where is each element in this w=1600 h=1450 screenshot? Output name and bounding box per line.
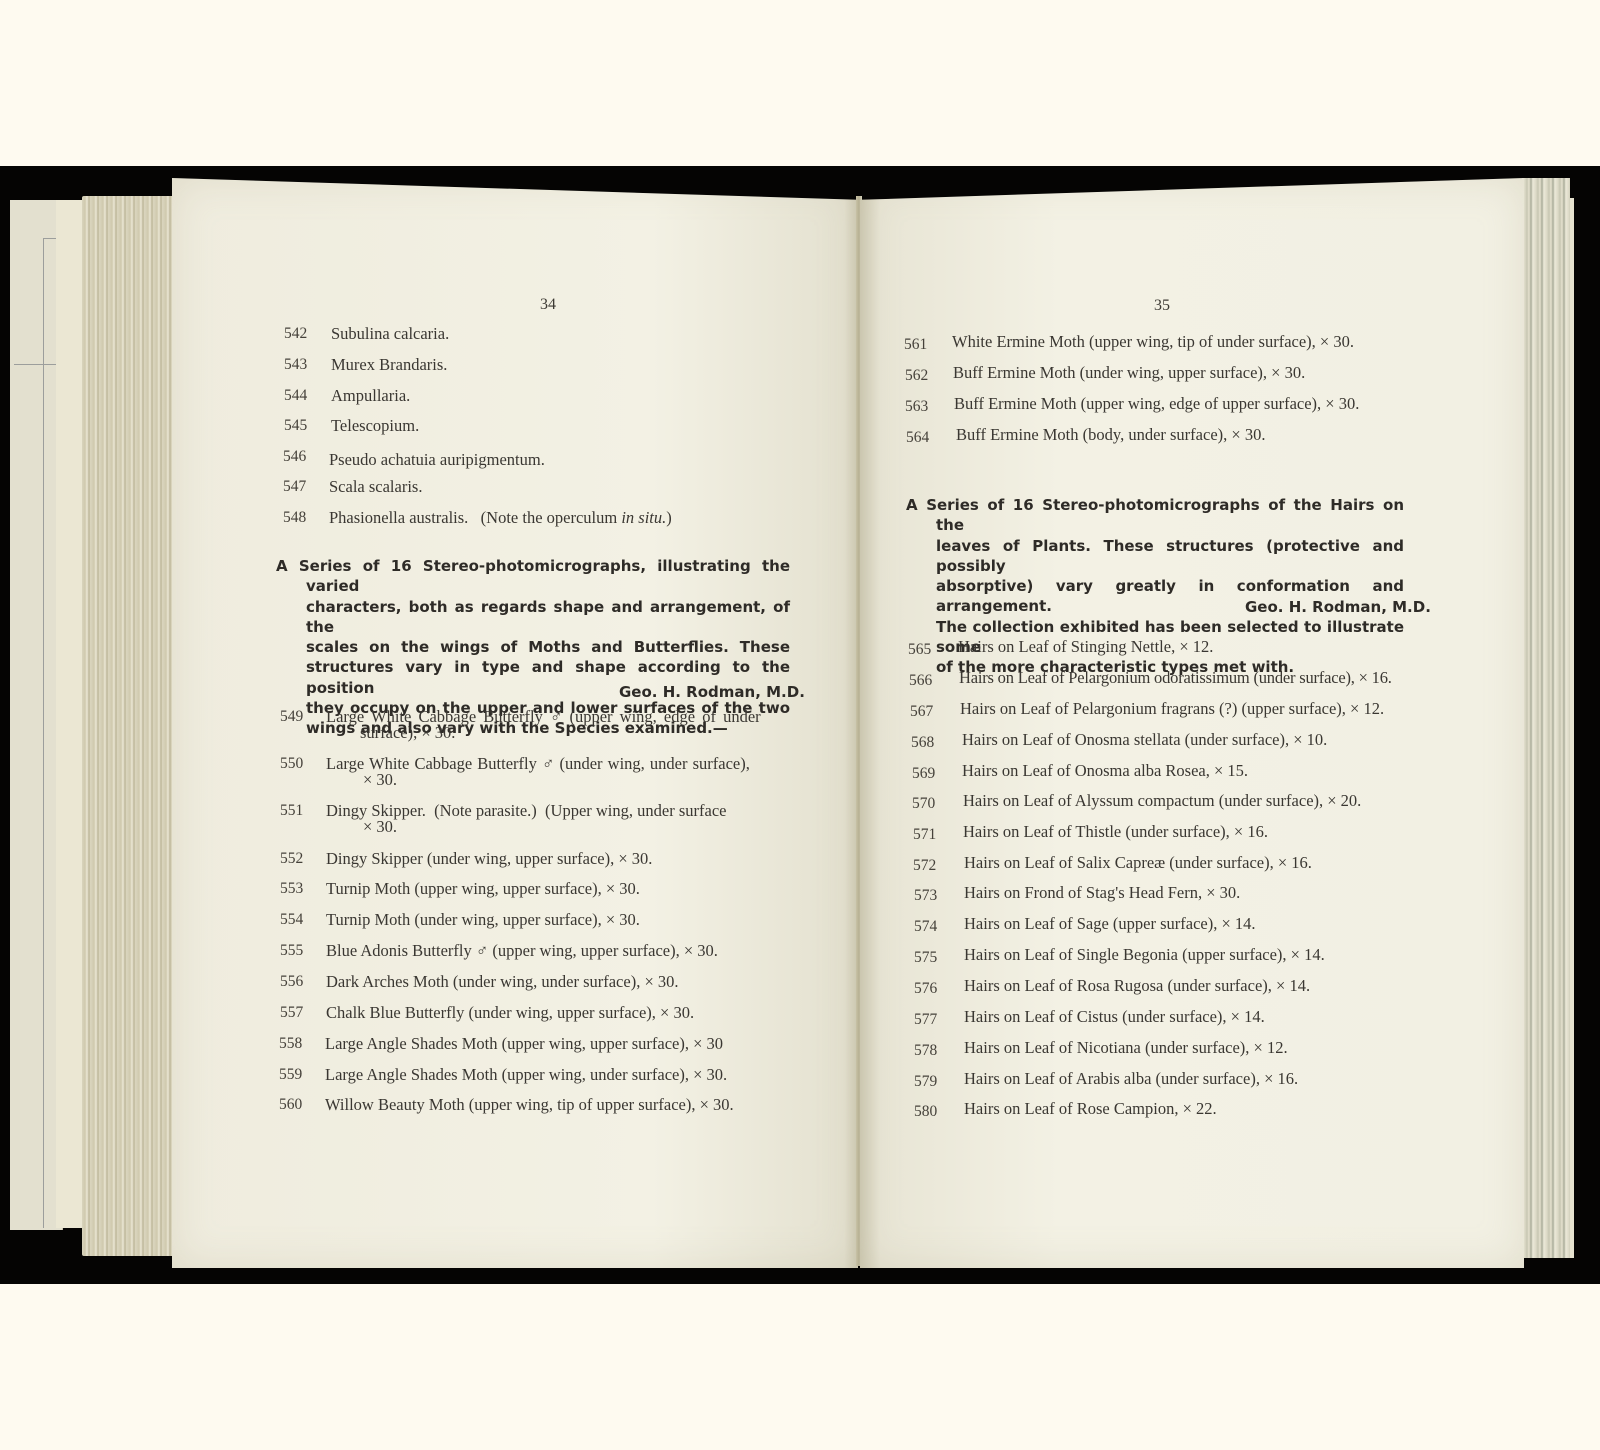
entry-number: 545 (284, 417, 307, 435)
entry-number: 572 (913, 857, 936, 875)
entry-number: 560 (279, 1096, 302, 1114)
entry-text: Hairs on Leaf of Pelargonium fragrans (?… (960, 700, 1384, 718)
entry-number: 558 (279, 1035, 302, 1053)
entry-number: 547 (283, 478, 306, 496)
entry-number: 562 (905, 367, 928, 385)
right-page-edges (1522, 178, 1570, 1258)
entry-number: 553 (280, 880, 303, 898)
pencil-mark (14, 364, 62, 365)
entry-text: Dingy Skipper (under wing, upper surface… (326, 850, 652, 868)
entry-text: Hairs on Leaf of Single Begonia (upper s… (964, 946, 1325, 964)
entry-text: Subulina calcaria. (331, 325, 449, 343)
entry-number: 544 (284, 387, 307, 405)
entry-number: 556 (280, 973, 303, 991)
entry-number: 554 (280, 911, 303, 929)
entry-text: Hairs on Leaf of Rose Campion, × 22. (964, 1100, 1217, 1118)
entry-text: Hairs on Leaf of Nicotiana (under surfac… (964, 1039, 1288, 1057)
entry-text: Pseudo achatuia auripigmentum. (329, 451, 545, 469)
pencil-mark (43, 238, 44, 1228)
entry-text: Hairs on Leaf of Onosma alba Rosea, × 15… (962, 762, 1248, 780)
entry-text: Turnip Moth (under wing, upper surface),… (326, 911, 640, 929)
entry-number: 579 (914, 1073, 937, 1091)
entry-text-close: ) (666, 508, 672, 527)
entry-number: 563 (905, 398, 928, 416)
entry-text: Turnip Moth (upper wing, upper surface),… (326, 880, 640, 898)
intro-line: A Series of 16 Stereo-photomicrographs, … (276, 556, 790, 597)
entry-number: 577 (914, 1011, 937, 1029)
entry-text: Buff Ermine Moth (under wing, upper surf… (953, 364, 1305, 382)
entry-number: 580 (914, 1103, 937, 1121)
author-signature: Geo. H. Rodman, M.D. (1245, 598, 1431, 616)
entry-text: Hairs on Frond of Stag's Head Fern, × 30… (964, 884, 1240, 902)
left-page: 34 542 Subulina calcaria. 543 Murex Bran… (172, 178, 858, 1268)
entry-number: 564 (906, 429, 929, 447)
entry-number: 561 (904, 336, 927, 354)
left-page-edges (82, 196, 186, 1256)
entry-number: 550 (280, 755, 303, 773)
entry-number: 552 (280, 850, 303, 868)
entry-text: Scala scalaris. (329, 478, 422, 496)
entry-number: 571 (913, 826, 936, 844)
entry-number: 569 (912, 765, 935, 783)
entry-number: 546 (283, 448, 306, 466)
entry-text-continuation: × 30. (363, 818, 397, 836)
page-number: 35 (1154, 297, 1170, 315)
entry-text: Large Angle Shades Moth (upper wing, und… (325, 1066, 727, 1084)
entry-text: Buff Ermine Moth (body, under surface), … (956, 426, 1265, 444)
entry-text: Hairs on Leaf of Stinging Nettle, × 12. (958, 638, 1213, 656)
entry-text: Hairs on Leaf of Cistus (under surface),… (964, 1008, 1265, 1026)
entry-number: 566 (909, 672, 932, 690)
entry-text-main: Phasionella australis. (Note the opercul… (329, 508, 621, 527)
entry-text: Murex Brandaris. (331, 356, 447, 374)
entry-text-continuation: surface), × 30. (360, 724, 455, 742)
entry-text: Phasionella australis. (Note the opercul… (329, 509, 672, 527)
page-number: 34 (540, 296, 556, 314)
entry-number: 567 (910, 703, 933, 721)
entry-text: Hairs on Leaf of Arabis alba (under surf… (964, 1070, 1298, 1088)
entry-text: Telescopium. (331, 417, 419, 435)
entry-text-continuation: × 30. (363, 771, 397, 789)
entry-number: 555 (280, 942, 303, 960)
entry-text: Hairs on Leaf of Alyssum compactum (unde… (963, 792, 1361, 810)
intro-line: leaves of Plants. These structures (prot… (906, 536, 1404, 577)
entry-number: 573 (914, 887, 937, 905)
entry-number: 575 (914, 949, 937, 967)
left-flyleaf (56, 200, 85, 1228)
entry-number: 543 (284, 356, 307, 374)
entry-number: 551 (280, 802, 303, 820)
entry-number: 568 (911, 734, 934, 752)
entry-number: 576 (914, 980, 937, 998)
entry-text: Hairs on Leaf of Rosa Rugosa (under surf… (964, 977, 1310, 995)
entry-text: Ampullaria. (331, 387, 410, 405)
entry-text: Hairs on Leaf of Thistle (under surface)… (963, 823, 1268, 841)
entry-text: Large Angle Shades Moth (upper wing, upp… (325, 1035, 723, 1053)
intro-line: A Series of 16 Stereo-photomicrographs o… (906, 495, 1404, 536)
entry-number: 565 (908, 641, 931, 659)
intro-line: characters, both as regards shape and ar… (276, 597, 790, 638)
entry-text: Hairs on Leaf of Pelargonium odoratissim… (959, 669, 1392, 687)
entry-number: 559 (279, 1066, 302, 1084)
entry-number: 557 (280, 1004, 303, 1022)
intro-line: scales on the wings of Moths and Butterf… (276, 637, 790, 657)
entry-text: Buff Ermine Moth (upper wing, edge of up… (954, 395, 1359, 413)
author-signature: Geo. H. Rodman, M.D. (619, 683, 805, 701)
entry-number: 570 (912, 795, 935, 813)
entry-text: Dark Arches Moth (under wing, under surf… (326, 973, 679, 991)
entry-text-italic: in situ. (621, 508, 666, 527)
entry-text: Hairs on Leaf of Onosma stellata (under … (962, 731, 1327, 749)
entry-text: Willow Beauty Moth (upper wing, tip of u… (325, 1096, 734, 1114)
entry-text: White Ermine Moth (upper wing, tip of un… (952, 333, 1354, 351)
entry-number: 542 (284, 325, 307, 343)
right-page: 35 561 White Ermine Moth (upper wing, ti… (860, 178, 1524, 1268)
entry-text: Hairs on Leaf of Sage (upper surface), ×… (964, 915, 1256, 933)
entry-text: Chalk Blue Butterfly (under wing, upper … (326, 1004, 694, 1022)
entry-number: 574 (914, 918, 937, 936)
entry-text: Blue Adonis Butterfly ♂ (upper wing, upp… (326, 942, 718, 960)
entry-number: 548 (283, 509, 306, 527)
entry-number: 578 (914, 1042, 937, 1060)
entry-text: Hairs on Leaf of Salix Capreæ (under sur… (964, 854, 1312, 872)
entry-number: 549 (280, 708, 303, 726)
